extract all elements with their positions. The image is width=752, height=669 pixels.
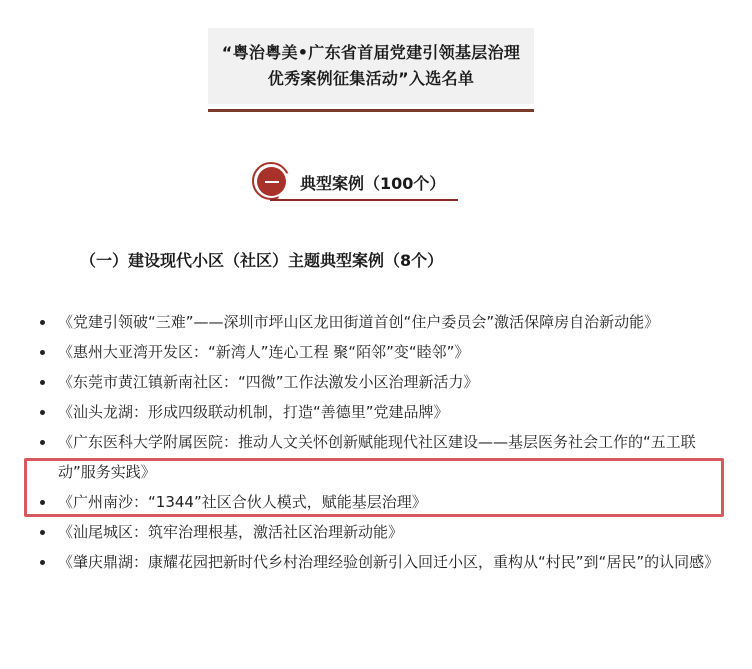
case-title: 《汕头龙湖：形成四级联动机制，打造“善德里”党建品牌》	[58, 403, 449, 421]
list-item-highlighted: 《广东医科大学附属医院：推动人文关怀创新赋能现代社区建设——基层医务社会工作的“…	[30, 427, 720, 487]
case-title: 《肇庆鼎湖：康耀花园把新时代乡村治理经验创新引入回迁小区，重构从“村民”到“居民…	[58, 553, 719, 571]
bullet-icon	[40, 380, 45, 385]
case-title: 《汕尾城区：筑牢治理根基，激活社区治理新动能》	[58, 523, 403, 541]
section-number-badge	[257, 167, 286, 196]
case-title: 《广州南沙：“1344”社区合伙人模式，赋能基层治理》	[58, 493, 427, 511]
list-item: 《肇庆鼎湖：康耀花园把新时代乡村治理经验创新引入回迁小区，重构从“村民”到“居民…	[30, 547, 720, 577]
bullet-icon	[40, 410, 45, 415]
list-item: 《惠州大亚湾开发区：“新湾人”连心工程 聚“陌邻”变“睦邻”》	[30, 337, 720, 367]
case-title: 《广东医科大学附属医院：推动人文关怀创新赋能现代社区建设——基层医务社会工作的“…	[58, 433, 696, 481]
section-underline	[270, 199, 458, 201]
subsection-title: （一）建设现代小区（社区）主题典型案例（8个）	[80, 248, 443, 271]
title-line-1: “粤治粤美•广东省首届党建引领基层治理	[222, 40, 520, 66]
list-item: 《汕尾城区：筑牢治理根基，激活社区治理新动能》	[30, 517, 720, 547]
bullet-icon	[40, 350, 45, 355]
section-heading: 典型案例（100个）	[252, 162, 458, 202]
bullet-icon	[40, 560, 45, 565]
bullet-icon	[40, 500, 45, 505]
case-title: 《党建引领破“三难”——深圳市坪山区龙田街道首创“住户委员会”激活保障房自治新动…	[58, 313, 659, 331]
list-item: 《广州南沙：“1344”社区合伙人模式，赋能基层治理》	[30, 487, 720, 517]
list-title-box: “粤治粤美•广东省首届党建引领基层治理 优秀案例征集活动”入选名单	[208, 28, 534, 104]
number-one-icon	[265, 181, 279, 183]
list-item: 《汕头龙湖：形成四级联动机制，打造“善德里”党建品牌》	[30, 397, 720, 427]
case-title: 《惠州大亚湾开发区：“新湾人”连心工程 聚“陌邻”变“睦邻”》	[58, 343, 469, 361]
bullet-icon	[40, 530, 45, 535]
case-list: 《党建引领破“三难”——深圳市坪山区龙田街道首创“住户委员会”激活保障房自治新动…	[30, 307, 720, 577]
bullet-icon	[40, 440, 45, 445]
list-item: 《党建引领破“三难”——深圳市坪山区龙田街道首创“住户委员会”激活保障房自治新动…	[30, 307, 720, 337]
title-line-2: 优秀案例征集活动”入选名单	[268, 66, 474, 92]
case-title: 《东莞市黄江镇新南社区：“四微”工作法激发小区治理新活力》	[58, 373, 479, 391]
list-item: 《东莞市黄江镇新南社区：“四微”工作法激发小区治理新活力》	[30, 367, 720, 397]
section-title: 典型案例（100个）	[300, 171, 445, 194]
title-underline	[208, 109, 534, 112]
bullet-icon	[40, 320, 45, 325]
